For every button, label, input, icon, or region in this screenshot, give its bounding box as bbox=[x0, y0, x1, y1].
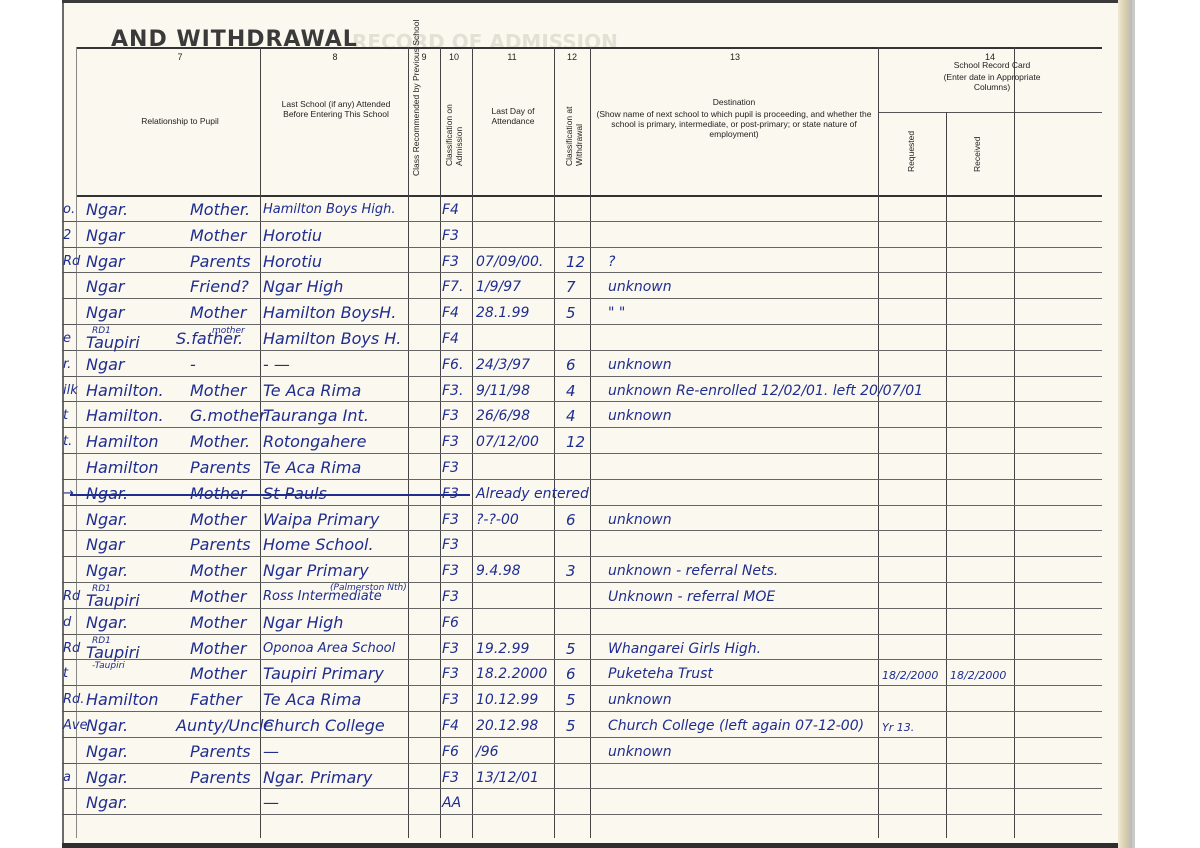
column-divider bbox=[590, 47, 591, 838]
book-binding-edge bbox=[1132, 0, 1135, 848]
last-school-cell: Ngar. Primary bbox=[263, 769, 372, 787]
admission-class-cell: F3 bbox=[442, 227, 459, 245]
col-12-number: 12 bbox=[562, 52, 582, 62]
last-day-cell: 20.12.98 bbox=[476, 717, 538, 735]
address-cell: Ngar bbox=[86, 356, 125, 374]
last-day-cell: 19.2.99 bbox=[476, 640, 529, 658]
address-cell: Ngar. bbox=[86, 743, 128, 761]
last-school-cell: Ross Intermediate bbox=[263, 588, 382, 606]
admission-class-cell: F3 bbox=[442, 407, 459, 425]
last-school-cell: Ngar High bbox=[263, 614, 343, 632]
last-school-cell: — bbox=[263, 743, 279, 761]
row-rule bbox=[76, 376, 1102, 377]
address-cell: Ngar. bbox=[86, 769, 128, 787]
margin-fragment: t bbox=[63, 666, 68, 681]
address-cell: Ngar bbox=[86, 253, 125, 271]
admission-class-cell: F3 bbox=[442, 536, 459, 554]
row-rule bbox=[76, 427, 1102, 428]
admission-class-cell: F4 bbox=[442, 717, 459, 735]
row-rule bbox=[76, 479, 1102, 480]
withdrawal-class-cell: 4 bbox=[566, 382, 576, 400]
relationship-cell: Friend? bbox=[190, 278, 249, 296]
col-14-header: School Record Card bbox=[930, 60, 1054, 70]
last-day-cell: /96 bbox=[476, 743, 499, 761]
last-school-cell: Oponoa Area School bbox=[263, 640, 395, 658]
margin-tick bbox=[62, 634, 76, 635]
admission-class-cell: F3. bbox=[442, 382, 463, 400]
margin-fragment: Ave bbox=[63, 718, 88, 733]
col-12-header: Classification at Withdrawal bbox=[564, 76, 584, 166]
strike-through-line bbox=[70, 494, 470, 496]
book-binding bbox=[1118, 0, 1132, 848]
margin-tick bbox=[62, 685, 76, 686]
withdrawal-class-cell: 3 bbox=[566, 562, 576, 580]
address-cell: Hamilton bbox=[86, 433, 159, 451]
margin-fragment: d bbox=[63, 615, 71, 630]
column-divider bbox=[554, 47, 555, 838]
column-divider bbox=[472, 47, 473, 838]
last-school-cell: Home School. bbox=[263, 536, 374, 554]
margin-fragment: Rd bbox=[63, 589, 80, 604]
row-rule bbox=[76, 582, 1102, 583]
col-7-number: 7 bbox=[170, 52, 190, 62]
relationship-cell: G.mother bbox=[190, 407, 266, 425]
address-cell: Ngar bbox=[86, 278, 125, 296]
margin-tick bbox=[62, 376, 76, 377]
withdrawal-class-cell: 6 bbox=[566, 356, 576, 374]
relationship-cell: Parents bbox=[190, 253, 251, 271]
destination-cell: ? bbox=[608, 253, 615, 271]
col-14-received-header: Received bbox=[972, 137, 982, 172]
relationship-cell: Mother bbox=[190, 665, 246, 683]
show-through-title: RECORD OF ADMISSION bbox=[352, 30, 618, 54]
last-day-cell: ?-?-00 bbox=[476, 511, 519, 529]
record-requested-cell: Yr 13. bbox=[882, 719, 914, 737]
address-cell: Ngar. bbox=[86, 794, 128, 812]
margin-tick bbox=[62, 479, 76, 480]
col-10-header: Classification on Admission bbox=[444, 66, 464, 166]
withdrawal-class-cell: 5 bbox=[566, 717, 576, 735]
address-note: -Taupiri bbox=[92, 661, 125, 671]
destination-cell: unknown bbox=[608, 691, 672, 709]
destination-cell: unknown bbox=[608, 511, 672, 529]
admission-class-cell: F3 bbox=[442, 433, 459, 451]
withdrawal-class-cell: 5 bbox=[566, 640, 576, 658]
address-cell: Ngar. bbox=[86, 201, 128, 219]
last-school-cell: Rotongahere bbox=[263, 433, 366, 451]
admission-class-cell: F4 bbox=[442, 330, 459, 348]
relationship-cell: Mother bbox=[190, 640, 246, 658]
last-day-cell: 9/11/98 bbox=[476, 382, 530, 400]
withdrawal-class-cell: 6 bbox=[566, 665, 576, 683]
last-day-cell: 18.2.2000 bbox=[476, 665, 547, 683]
last-school-cell: Tauranga Int. bbox=[263, 407, 369, 425]
col-14-subheader: (Enter date in Appropriate Columns) bbox=[930, 72, 1054, 92]
page-top-edge bbox=[62, 0, 1132, 3]
margin-fragment: 2 bbox=[63, 228, 71, 243]
col-11-number: 11 bbox=[502, 52, 522, 62]
address-cell: Ngar. bbox=[86, 717, 128, 735]
row-rule bbox=[76, 634, 1102, 635]
row-rule bbox=[76, 556, 1102, 557]
row-rule bbox=[76, 401, 1102, 402]
col-14-requested-header: Requested bbox=[906, 131, 916, 172]
row-rule bbox=[76, 608, 1102, 609]
destination-cell: unknown - referral Nets. bbox=[608, 562, 778, 580]
relationship-cell: Mother. bbox=[190, 201, 250, 219]
header-top-rule bbox=[76, 47, 1102, 49]
margin-tick bbox=[62, 401, 76, 402]
margin-fragment: a bbox=[63, 770, 71, 785]
row-rule bbox=[76, 659, 1102, 660]
margin-tick bbox=[62, 814, 76, 815]
row-rule bbox=[76, 530, 1102, 531]
withdrawal-class-cell: 12 bbox=[566, 433, 585, 451]
relationship-cell: Mother bbox=[190, 227, 246, 245]
margin-tick bbox=[62, 608, 76, 609]
last-school-cell: Hamilton BoysH. bbox=[263, 304, 396, 322]
withdrawal-class-cell: 4 bbox=[566, 407, 576, 425]
last-school-cell: Hamilton Boys H. bbox=[263, 330, 401, 348]
last-school-cell: Horotiu bbox=[263, 227, 322, 245]
margin-fragment: o. bbox=[63, 202, 75, 217]
last-school-cell: Hamilton Boys High. bbox=[263, 201, 396, 219]
admission-class-cell: F4 bbox=[442, 304, 459, 322]
last-day-cell: 28.1.99 bbox=[476, 304, 529, 322]
address-cell: Taupiri bbox=[86, 334, 140, 352]
address-cell: Hamilton. bbox=[86, 382, 164, 400]
admission-class-cell: F6 bbox=[442, 614, 459, 632]
last-school-cell: Waipa Primary bbox=[263, 511, 379, 529]
address-cell: Taupiri bbox=[86, 592, 140, 610]
page-bottom-edge bbox=[62, 843, 1132, 848]
last-school-cell: Horotiu bbox=[263, 253, 322, 271]
row-rule bbox=[76, 350, 1102, 351]
relationship-cell: Mother bbox=[190, 304, 246, 322]
relationship-cell: Parents bbox=[190, 459, 251, 477]
relationship-cell: - bbox=[190, 356, 196, 374]
last-day-cell: 26/6/98 bbox=[476, 407, 530, 425]
destination-cell: unknown bbox=[608, 278, 672, 296]
row-rule bbox=[76, 272, 1102, 273]
col-7-header: Relationship to Pupil bbox=[130, 116, 230, 126]
relationship-cell: Mother bbox=[190, 588, 246, 606]
row-rule bbox=[76, 324, 1102, 325]
last-day-cell: 07/12/00 bbox=[476, 433, 539, 451]
last-school-cell: - — bbox=[263, 356, 290, 374]
margin-tick bbox=[62, 711, 76, 712]
last-day-cell: 1/9/97 bbox=[476, 278, 521, 296]
last-school-cell: Te Aca Rima bbox=[263, 691, 361, 709]
last-day-cell: 9.4.98 bbox=[476, 562, 521, 580]
address-cell: Ngar. bbox=[86, 562, 128, 580]
last-school-cell: Te Aca Rima bbox=[263, 459, 361, 477]
destination-cell: unknown bbox=[608, 407, 672, 425]
margin-tick bbox=[62, 298, 76, 299]
margin-fragment: Rd. bbox=[63, 692, 84, 707]
margin-fragment: ilk bbox=[63, 383, 78, 398]
address-cell: Hamilton bbox=[86, 691, 159, 709]
last-day-cell: 13/12/01 bbox=[476, 769, 539, 787]
last-school-cell: — bbox=[263, 794, 279, 812]
destination-cell: " " bbox=[608, 304, 625, 322]
relationship-cell: Mother. bbox=[190, 433, 250, 451]
row-rule bbox=[76, 737, 1102, 738]
admission-class-cell: F4 bbox=[442, 201, 459, 219]
admission-class-cell: F3 bbox=[442, 562, 459, 580]
last-day-cell: Already entered bbox=[476, 485, 589, 503]
destination-cell: Church College (left again 07-12-00) bbox=[608, 717, 864, 735]
record-card-divider bbox=[878, 112, 1102, 113]
address-cell: Taupiri bbox=[86, 644, 140, 662]
admission-class-cell: F3 bbox=[442, 459, 459, 477]
margin-fragment: Rd bbox=[63, 254, 80, 269]
relationship-cell: Father bbox=[190, 691, 242, 709]
row-rule bbox=[76, 247, 1102, 248]
withdrawal-class-cell: 7 bbox=[566, 278, 576, 296]
margin-tick bbox=[62, 659, 76, 660]
relationship-cell: Parents bbox=[190, 769, 251, 787]
column-divider bbox=[440, 47, 441, 838]
margin-tick bbox=[62, 453, 76, 454]
margin-tick bbox=[62, 582, 76, 583]
destination-cell: Puketeha Trust bbox=[608, 665, 713, 683]
admission-class-cell: F3 bbox=[442, 511, 459, 529]
admission-class-cell: F7. bbox=[442, 278, 463, 296]
col-9-header: Class Recommended by Previous School bbox=[411, 20, 421, 176]
margin-tick bbox=[62, 350, 76, 351]
margin-fragment: t bbox=[63, 408, 68, 423]
margin-tick bbox=[62, 530, 76, 531]
margin-tick bbox=[62, 324, 76, 325]
row-rule bbox=[76, 453, 1102, 454]
column-divider bbox=[408, 47, 409, 838]
destination-cell: Unknown - referral MOE bbox=[608, 588, 775, 606]
last-day-cell: 10.12.99 bbox=[476, 691, 538, 709]
admission-class-cell: F3 bbox=[442, 769, 459, 787]
margin-tick bbox=[62, 556, 76, 557]
relationship-cell: Parents bbox=[190, 743, 251, 761]
last-school-cell: Church College bbox=[263, 717, 385, 735]
withdrawal-class-cell: 5 bbox=[566, 691, 576, 709]
col-8-header: Last School (if any) Attended Before Ent… bbox=[280, 99, 392, 119]
margin-tick bbox=[62, 247, 76, 248]
row-rule bbox=[76, 788, 1102, 789]
address-cell: Ngar. bbox=[86, 614, 128, 632]
record-received-cell: 18/2/2000 bbox=[950, 667, 1006, 685]
admission-class-cell: F3 bbox=[442, 665, 459, 683]
margin-tick bbox=[62, 272, 76, 273]
header-bottom-rule bbox=[76, 195, 1102, 197]
col-13-number: 13 bbox=[725, 52, 745, 62]
margin-tick bbox=[62, 788, 76, 789]
admission-class-cell: AA bbox=[442, 794, 461, 812]
last-day-cell: 24/3/97 bbox=[476, 356, 530, 374]
admission-class-cell: F3 bbox=[442, 691, 459, 709]
row-rule bbox=[76, 505, 1102, 506]
margin-fragment: r. bbox=[63, 357, 71, 372]
relationship-cell: Aunty/Uncle bbox=[176, 717, 273, 735]
withdrawal-class-cell: 5 bbox=[566, 304, 576, 322]
destination-cell: unknown bbox=[608, 743, 672, 761]
row-rule bbox=[76, 298, 1102, 299]
row-rule bbox=[76, 685, 1102, 686]
column-divider bbox=[878, 47, 879, 838]
last-school-cell: Taupiri Primary bbox=[263, 665, 384, 683]
address-cell: Ngar bbox=[86, 227, 125, 245]
relationship-cell: S.father. bbox=[176, 330, 243, 348]
admission-class-cell: F3 bbox=[442, 253, 459, 271]
withdrawal-class-cell: 6 bbox=[566, 511, 576, 529]
margin-tick bbox=[62, 505, 76, 506]
row-rule bbox=[76, 221, 1102, 222]
admission-class-cell: F3 bbox=[442, 588, 459, 606]
last-day-cell: 07/09/00. bbox=[476, 253, 543, 271]
margin-fragment: Rd bbox=[63, 641, 80, 656]
relationship-cell: Mother bbox=[190, 562, 246, 580]
last-school-cell: Ngar Primary bbox=[263, 562, 369, 580]
margin-tick bbox=[62, 427, 76, 428]
col-11-header: Last Day of Attendance bbox=[480, 106, 546, 126]
row-rule bbox=[76, 711, 1102, 712]
last-school-cell: Ngar High bbox=[263, 278, 343, 296]
margin-tick bbox=[62, 221, 76, 222]
destination-cell: Whangarei Girls High. bbox=[608, 640, 761, 658]
last-school-cell: Te Aca Rima bbox=[263, 382, 361, 400]
relationship-cell: Parents bbox=[190, 536, 251, 554]
address-cell: Ngar. bbox=[86, 511, 128, 529]
address-cell: Ngar bbox=[86, 304, 125, 322]
margin-tick bbox=[62, 763, 76, 764]
col-8-number: 8 bbox=[325, 52, 345, 62]
address-cell: Hamilton. bbox=[86, 407, 164, 425]
row-rule bbox=[76, 814, 1102, 815]
admission-class-cell: F3 bbox=[442, 640, 459, 658]
margin-fragment: e bbox=[63, 331, 71, 346]
margin-fragment: t. bbox=[63, 434, 72, 449]
margin-tick bbox=[62, 737, 76, 738]
relationship-cell: Mother bbox=[190, 382, 246, 400]
destination-cell: unknown bbox=[608, 356, 672, 374]
col-13-header: Destination bbox=[596, 97, 872, 107]
withdrawal-class-cell: 12 bbox=[566, 253, 585, 271]
admission-class-cell: F6. bbox=[442, 356, 463, 374]
relationship-cell: Mother bbox=[190, 511, 246, 529]
column-divider bbox=[1014, 47, 1015, 838]
admission-class-cell: F6 bbox=[442, 743, 459, 761]
row-rule bbox=[76, 763, 1102, 764]
record-requested-cell: 18/2/2000 bbox=[882, 667, 938, 685]
address-cell: Hamilton bbox=[86, 459, 159, 477]
col-13-subheader: (Show name of next school to which pupil… bbox=[596, 109, 872, 139]
col-10-number: 10 bbox=[444, 52, 464, 62]
address-cell: Ngar bbox=[86, 536, 125, 554]
relationship-cell: Mother bbox=[190, 614, 246, 632]
destination-cell: unknown Re-enrolled 12/02/01. left 20/07… bbox=[608, 382, 923, 400]
